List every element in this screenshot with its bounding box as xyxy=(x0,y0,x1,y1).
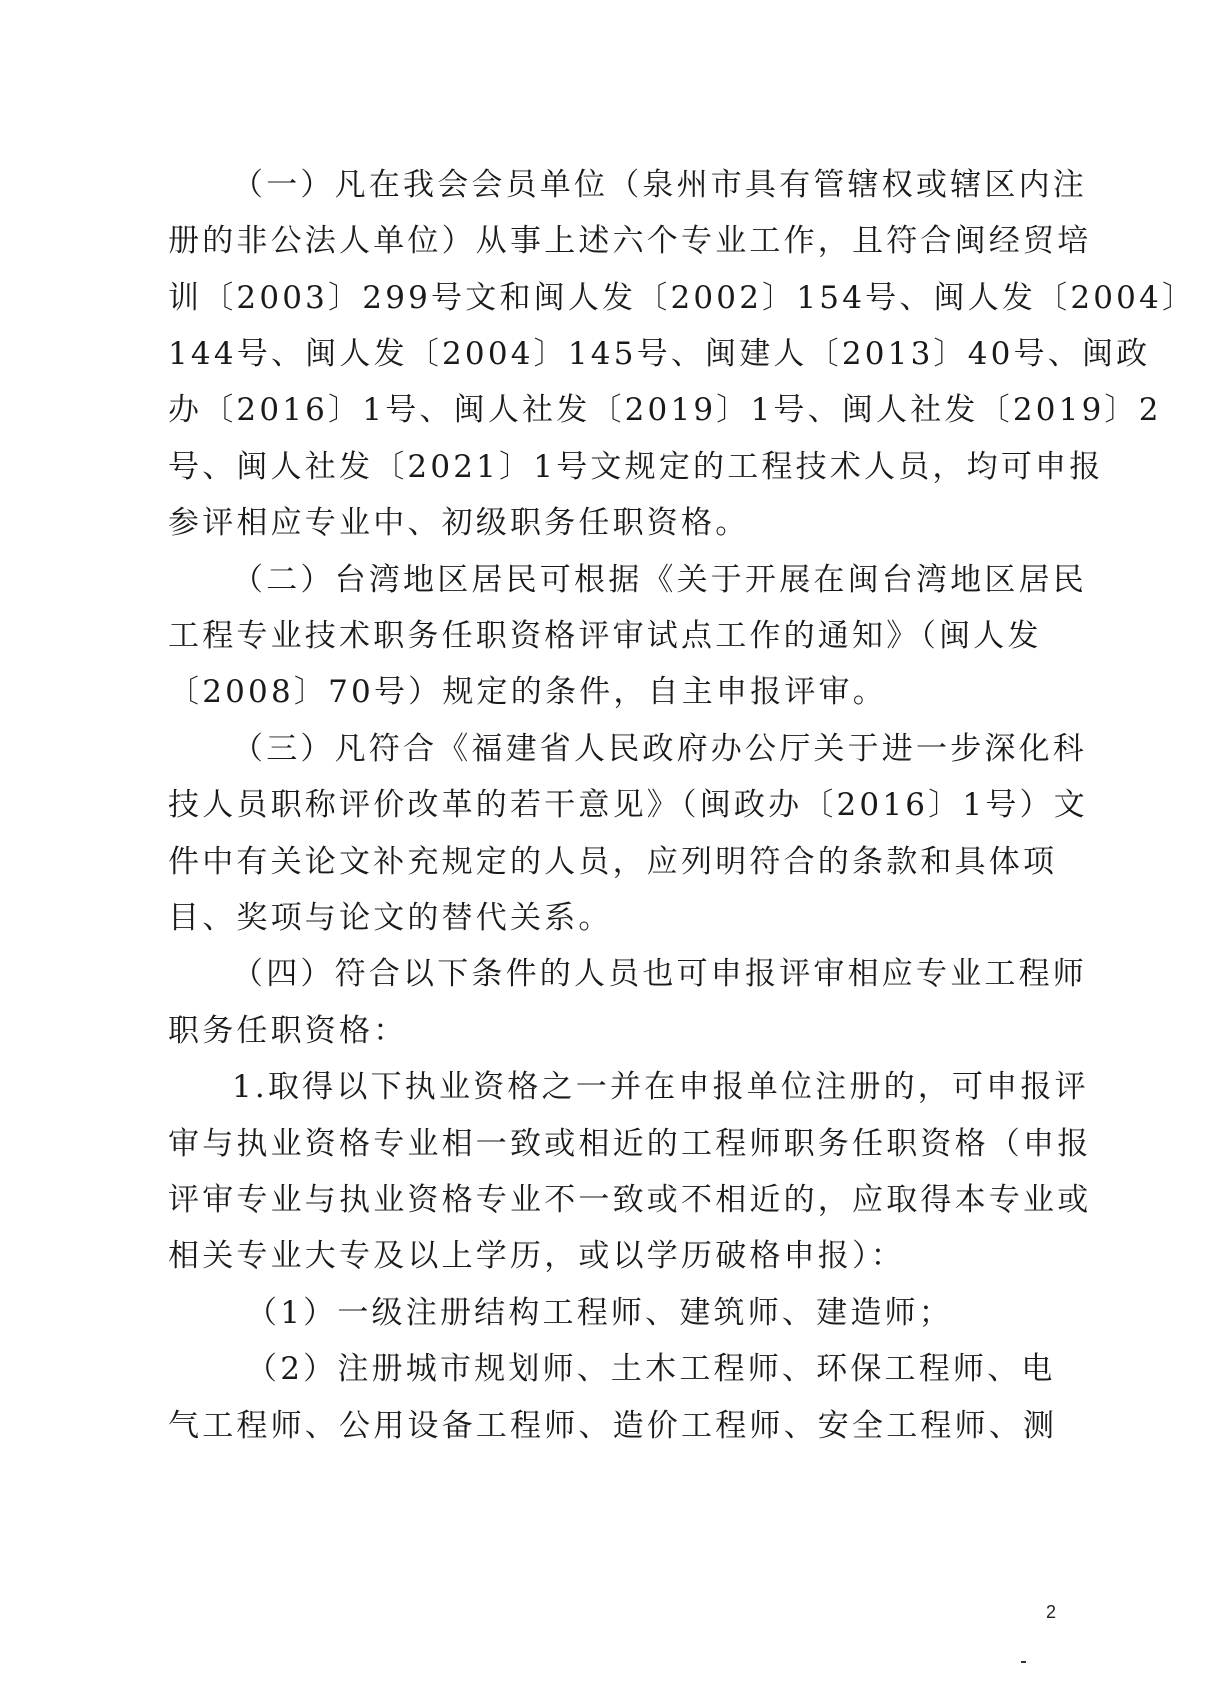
para-1-line-2: 册的非公法人单位）从事上述六个专业工作，且符合闽经贸培 xyxy=(168,213,968,269)
para-3-line-2: 技人员职称评价改革的若干意见》（闽政办〔2016〕1号）文 xyxy=(168,777,968,833)
item-1-line-2: 审与执业资格专业相一致或相近的工程师职务任职资格（申报 xyxy=(168,1116,968,1172)
para-1-line-3: 训〔2003〕299号文和闽人发〔2002〕154号、闽人发〔2004〕 xyxy=(168,270,968,326)
para-4-line-2: 职务任职资格： xyxy=(168,1003,968,1059)
subitem-2-line-1: （2）注册城市规划师、土木工程师、环保工程师、电 xyxy=(246,1341,936,1397)
para-1-line-6: 号、闽人社发〔2021〕1号文规定的工程技术人员，均可申报 xyxy=(168,439,968,495)
document-page: （一）凡在我会会员单位（泉州市具有管辖权或辖区内注 册的非公法人单位）从事上述六… xyxy=(0,0,1216,1704)
para-1-line-7: 参评相应专业中、初级职务任职资格。 xyxy=(168,495,968,551)
para-1-line-4: 144号、闽人发〔2004〕145号、闽建人〔2013〕40号、闽政 xyxy=(168,326,968,382)
item-1-line-4: 相关专业大专及以上学历，或以学历破格申报）： xyxy=(168,1228,968,1284)
para-2-line-2: 工程专业技术职务任职资格评审试点工作的通知》（闽人发 xyxy=(168,608,968,664)
item-1-line-3: 评审专业与执业资格专业不一致或不相近的，应取得本专业或 xyxy=(168,1172,968,1228)
para-1-line-5: 办〔2016〕1号、闽人社发〔2019〕1号、闽人社发〔2019〕2 xyxy=(168,382,968,438)
para-3-line-3: 件中有关论文补充规定的人员，应列明符合的条款和具体项 xyxy=(168,834,968,890)
para-3-line-4: 目、奖项与论文的替代关系。 xyxy=(168,890,968,946)
page-number: 2 xyxy=(1046,1602,1056,1623)
para-4-line-1: （四）符合以下条件的人员也可申报评审相应专业工程师 xyxy=(232,946,968,1002)
para-1-line-1: （一）凡在我会会员单位（泉州市具有管辖权或辖区内注 xyxy=(232,157,968,213)
para-2-line-1: （二）台湾地区居民可根据《关于开展在闽台湾地区居民 xyxy=(232,552,968,608)
para-3-line-1: （三）凡符合《福建省人民政府办公厅关于进一步深化科 xyxy=(232,721,968,777)
item-1-line-1: 1.取得以下执业资格之一并在申报单位注册的，可申报评 xyxy=(232,1059,968,1115)
subitem-2-line-2: 气工程师、公用设备工程师、造价工程师、安全工程师、测 xyxy=(168,1398,958,1454)
subitem-1: （1）一级注册结构工程师、建筑师、建造师； xyxy=(246,1285,968,1341)
scan-mark xyxy=(1021,1661,1026,1663)
para-2-line-3: 〔2008〕70号）规定的条件，自主申报评审。 xyxy=(168,664,968,720)
